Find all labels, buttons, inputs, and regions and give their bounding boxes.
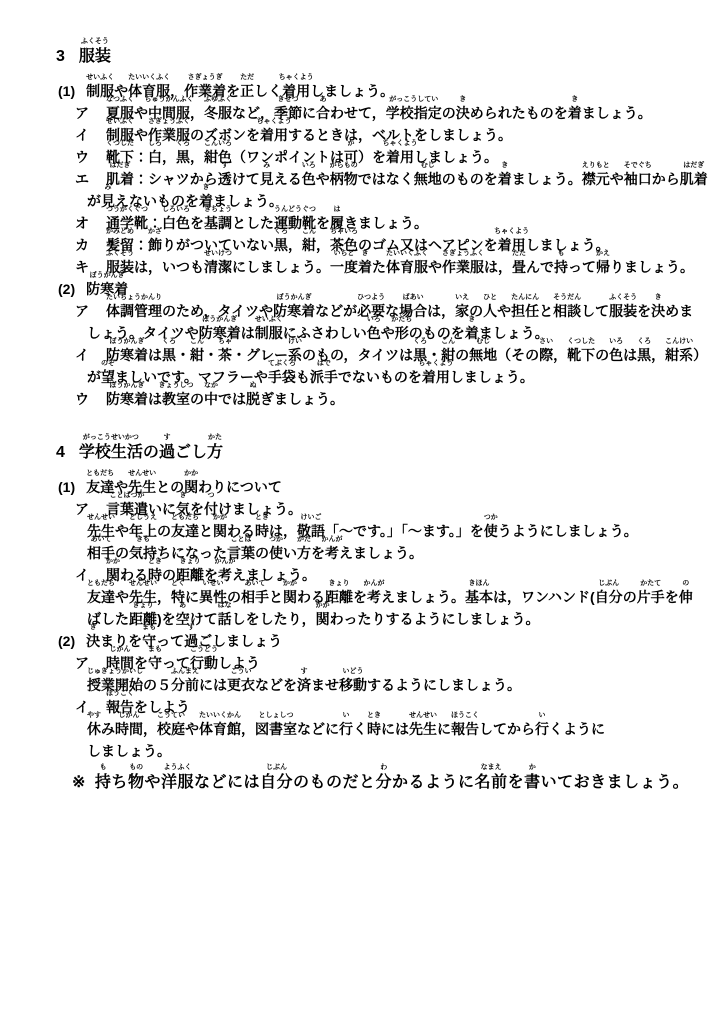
- ruby-annotated-text: さい際: [539, 344, 553, 366]
- ruby-annotated-text: はだぎ肌着: [680, 168, 708, 190]
- ruby-annotated-text: ほうこく報告: [451, 718, 479, 740]
- ruby-annotated-text: くつした靴下: [567, 344, 595, 366]
- ruby-annotated-text: ひと人: [483, 300, 497, 322]
- ruby-annotated-text: も持: [554, 256, 568, 278]
- ruby-annotated-text: こうい更衣: [227, 674, 255, 696]
- ruby-annotated-text: いろ色: [609, 344, 623, 366]
- text-line: エはだぎ肌着：シャツからす透けてみ見えるいろ色やがらもの柄物ではなくむじ無地のも…: [75, 168, 706, 190]
- ruby-annotated-text: き着: [358, 256, 372, 278]
- ruby-annotated-text: き決: [456, 102, 470, 124]
- ruby-annotated-text: むじ無地: [414, 168, 442, 190]
- ruby-annotated-text: ちゃくよう着用: [260, 124, 288, 146]
- ruby-annotated-text: あ合: [316, 102, 330, 124]
- text-line: イぼうかんぎ防寒着はくろ黒・こん紺・ちゃ茶・グレーけい系のもの，タイツはくろ黒・…: [75, 344, 706, 366]
- ruby-annotated-text: たいちょうかんり体調管理: [106, 300, 162, 322]
- ruby-annotated-text: す過: [159, 440, 175, 466]
- ruby-annotated-text: しろ白: [148, 146, 162, 168]
- ruby-annotated-text: くろ黒: [162, 344, 176, 366]
- ruby-annotated-text: きちょう基調: [204, 212, 232, 234]
- ruby-annotated-text: こん紺: [302, 234, 316, 256]
- ruby-annotated-text: ともだち友達: [171, 520, 199, 542]
- ruby-annotated-text: せいふく制服: [255, 322, 283, 344]
- section-heading: 4がっこうせいかつ学校生活のす過ごしかた方: [56, 440, 706, 466]
- item-label: オ: [75, 212, 89, 234]
- text-line: せんせい先生やとしうえ年上のともだち友達とかか関わるとき時は，けいご敬語「～です…: [87, 520, 706, 542]
- ruby-annotated-text: たいいくふく体育服: [386, 256, 428, 278]
- ruby-annotated-text: なまえ名前: [475, 770, 508, 796]
- ruby-annotated-text: す済: [297, 674, 311, 696]
- ruby-annotated-text: も持: [95, 770, 112, 796]
- text-line: しましょう。: [87, 740, 706, 762]
- item-label: (2): [58, 278, 75, 300]
- ruby-annotated-text: ふんまえ分前: [171, 674, 199, 696]
- document-body: 3ふくそう服装(1)せいふく制服やたいいくふく体育服，さぎょうぎ作業着をただ正し…: [56, 44, 706, 796]
- ruby-annotated-text: かか関: [213, 520, 227, 542]
- item-label: イ: [75, 124, 89, 146]
- ruby-annotated-text: かんが考: [325, 542, 339, 564]
- item-label: イ: [75, 344, 89, 366]
- ruby-annotated-text: やす休: [87, 718, 101, 740]
- ruby-annotated-text: なか中: [204, 388, 218, 410]
- text-line: (1)ともだち友達やせんせい先生とのかか関わりについて: [58, 476, 706, 498]
- ruby-annotated-text: き決: [86, 630, 100, 652]
- text-line: ※も持ちもの物やようふく洋服などにはじぶん自分のものだとわ分かるようになまえ名前…: [72, 770, 706, 796]
- ruby-annotated-text: ちゃ茶: [218, 344, 232, 366]
- ruby-annotated-text: はな話: [218, 608, 232, 630]
- ruby-annotated-text: むじ無地: [469, 344, 497, 366]
- ruby-annotated-text: わ分: [376, 770, 393, 796]
- ruby-annotated-text: がらもの柄物: [330, 168, 358, 190]
- ruby-annotated-text: ちゃくよう着用: [386, 146, 414, 168]
- ruby-annotated-text: かた方: [297, 542, 311, 564]
- ruby-annotated-text: い行: [535, 718, 549, 740]
- ruby-annotated-text: てぶくろ手袋: [268, 366, 296, 388]
- ruby-annotated-text: たんにん担任: [511, 300, 539, 322]
- ruby-annotated-text: そでぐち袖口: [624, 168, 652, 190]
- ruby-annotated-text: せんせい先生: [409, 718, 437, 740]
- ruby-annotated-text: まも守: [148, 652, 162, 674]
- ruby-annotated-text: き決: [651, 300, 665, 322]
- ruby-annotated-text: さぎょうふく作業服: [442, 256, 484, 278]
- ruby-annotated-text: たいいくかん体育館: [199, 718, 241, 740]
- ruby-annotated-text: がっこうしてい学校指定: [386, 102, 442, 124]
- ruby-annotated-text: ちゃくよう着用: [422, 366, 450, 388]
- item-label: (1): [58, 80, 75, 102]
- ruby-annotated-text: かか関: [283, 586, 297, 608]
- item-label: (1): [58, 476, 75, 498]
- ruby-annotated-text: じぶん自分: [260, 770, 293, 796]
- section-heading: 3ふくそう服装: [56, 44, 706, 70]
- ruby-annotated-text: くろ黒: [176, 146, 190, 168]
- ruby-annotated-text: ぬ脱: [246, 388, 260, 410]
- document-page: 3ふくそう服装(1)せいふく制服やたいいくふく体育服，さぎょうぎ作業着をただ正し…: [0, 0, 724, 1024]
- ruby-annotated-text: す透: [218, 168, 232, 190]
- item-label: ※: [72, 770, 86, 796]
- ruby-annotated-text: こんけい紺系: [665, 344, 693, 366]
- ruby-annotated-text: つか使: [484, 520, 498, 542]
- ruby-annotated-text: の伸: [679, 586, 693, 608]
- ruby-annotated-text: ぼうかんぎ防寒着: [106, 388, 148, 410]
- ruby-annotated-text: しろいろ白色: [162, 212, 190, 234]
- ruby-annotated-text: いどう移動: [339, 674, 367, 696]
- ruby-annotated-text: いちど一度: [330, 256, 358, 278]
- item-label: ウ: [75, 146, 89, 168]
- ruby-annotated-text: いろ色: [302, 168, 316, 190]
- ruby-annotated-text: き着: [568, 102, 582, 124]
- ruby-annotated-text: ふくそう服装: [79, 44, 111, 70]
- ruby-annotated-text: せいけつ清潔: [204, 256, 232, 278]
- ruby-annotated-text: かんが考: [367, 586, 381, 608]
- ruby-annotated-text: きほん基本: [465, 586, 493, 608]
- text-line: オつうがくぐつ通学靴：しろいろ白色をきちょう基調としたうんどうぐつ運動靴をは履き…: [75, 212, 706, 234]
- ruby-annotated-text: えりもと襟元: [582, 168, 610, 190]
- ruby-annotated-text: はで派手: [310, 366, 338, 388]
- ruby-annotated-text: つか使: [269, 542, 283, 564]
- ruby-annotated-text: かたち形: [395, 322, 409, 344]
- item-label: (2): [58, 630, 75, 652]
- ruby-annotated-text: ともだち友達: [87, 586, 115, 608]
- item-label: ア: [75, 300, 89, 322]
- ruby-annotated-text: いえ家: [455, 300, 469, 322]
- text-line: じゅぎょうかいし授業開始の５ふんまえ分前にはこうい更衣などをす済ませいどう移動す…: [87, 674, 706, 696]
- ruby-annotated-text: としょしつ図書室: [255, 718, 297, 740]
- ruby-annotated-text: き着: [498, 168, 512, 190]
- ruby-annotated-text: じかん時間: [115, 718, 143, 740]
- ruby-annotated-text: かた方: [207, 440, 223, 466]
- item-label: エ: [75, 168, 89, 190]
- text-line: やす休みじかん時間，こうてい校庭やたいいくかん体育館，としょしつ図書室などにい行…: [87, 718, 706, 740]
- ruby-annotated-text: きょうしつ教室: [162, 388, 190, 410]
- text-line: キふくそう服装は，いつもせいけつ清潔にしましょう。いちど一度き着たたいいくふく体…: [75, 256, 706, 278]
- text-line: アことばづか言葉遣いにき気をつ付けましょう。: [75, 498, 706, 520]
- ruby-annotated-text: がっこうせいかつ学校生活: [79, 440, 143, 466]
- item-label: キ: [75, 256, 89, 278]
- ruby-annotated-text: かたて片手: [637, 586, 665, 608]
- ruby-annotated-text: ようふく洋服: [161, 770, 194, 796]
- ruby-annotated-text: こん紺: [190, 344, 204, 366]
- ruby-annotated-text: とき時: [255, 520, 269, 542]
- ruby-annotated-text: かざ飾: [148, 234, 162, 256]
- ruby-annotated-text: じぶん自分: [595, 586, 623, 608]
- ruby-annotated-text: くろ黒: [637, 344, 651, 366]
- ruby-annotated-text: そうだん相談: [553, 300, 581, 322]
- ruby-annotated-text: もの物: [128, 770, 145, 796]
- ruby-annotated-text: たた畳: [512, 256, 526, 278]
- ruby-annotated-text: くろ黒: [274, 234, 288, 256]
- ruby-annotated-text: ふくそう服装: [609, 300, 637, 322]
- ruby-annotated-text: かか関: [316, 608, 330, 630]
- ruby-annotated-text: か書: [524, 770, 541, 796]
- text-line: ばしたきょり距離)をあ空けてはな話しをしたり，かか関わったりするようにしましょう…: [87, 608, 706, 630]
- ruby-annotated-text: み見: [260, 168, 274, 190]
- ruby-annotated-text: かえ帰: [596, 256, 610, 278]
- text-line: ウくつした靴下：しろ白，くろ黒，こんいろ紺色（ワンポイントはか可）をちゃくよう着…: [75, 146, 706, 168]
- ruby-annotated-text: こうてい校庭: [157, 718, 185, 740]
- item-label: カ: [75, 234, 89, 256]
- item-label: ア: [75, 102, 89, 124]
- ruby-annotated-text: いろ色: [367, 322, 381, 344]
- ruby-annotated-text: とき時: [367, 718, 381, 740]
- ruby-annotated-text: あいて相手: [241, 586, 269, 608]
- text-line: アじかん時間をまも守ってこうどう行動しよう: [75, 652, 706, 674]
- section-number: 4: [56, 440, 65, 466]
- section-number: 3: [56, 44, 65, 70]
- ruby-annotated-text: ふゆふく冬服: [204, 102, 232, 124]
- item-label: ウ: [75, 388, 89, 410]
- ruby-annotated-text: ただ正: [240, 80, 254, 102]
- text-line: ウぼうかんぎ防寒着はきょうしつ教室のなか中ではぬ脱ぎましょう。: [75, 388, 706, 410]
- ruby-annotated-text: い行: [339, 718, 353, 740]
